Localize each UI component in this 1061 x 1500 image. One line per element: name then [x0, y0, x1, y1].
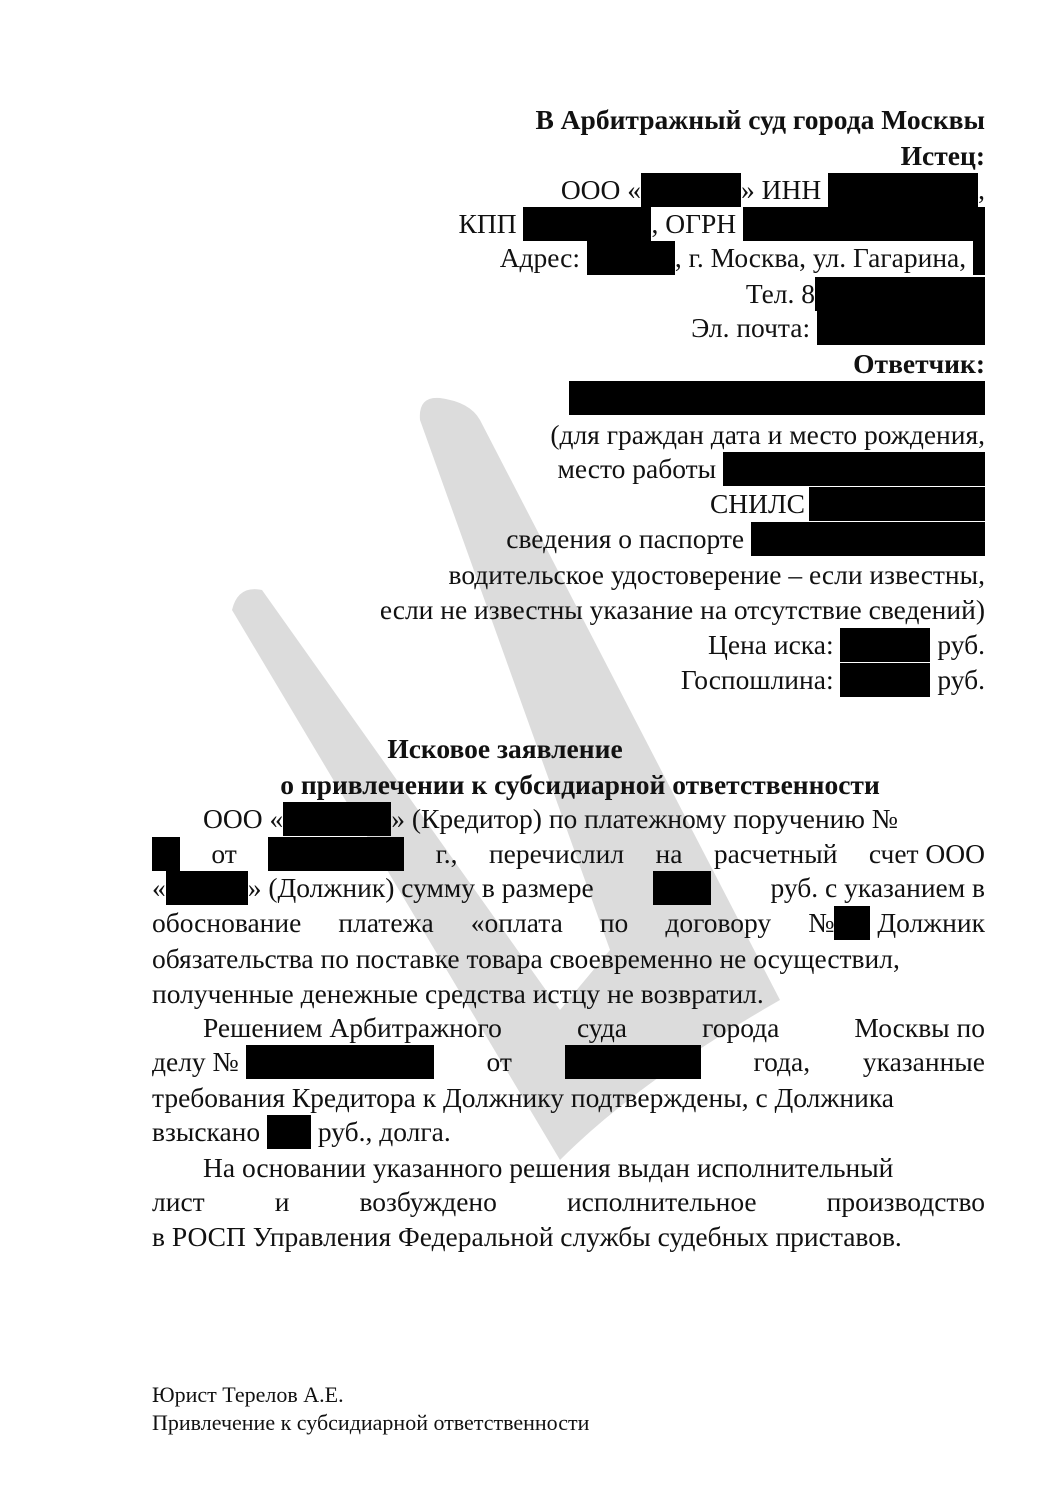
footer-author: Юрист Терелов А.Е.	[152, 1380, 344, 1410]
p1-line-6: полученные денежные средства истцу не во…	[152, 977, 764, 1011]
redaction-block	[828, 173, 978, 207]
redaction-block	[751, 522, 985, 556]
redaction-block	[569, 381, 985, 415]
redaction-block	[523, 207, 651, 241]
phone-label: Тел. 8	[746, 278, 815, 309]
ogrn-label: , ОГРН	[651, 208, 736, 239]
p3-line-1: На основании указанного решения выдан ис…	[203, 1151, 985, 1185]
snils-label: СНИЛС	[710, 488, 805, 519]
kpp-ogrn-line: КПП , ОГРН	[459, 207, 985, 241]
defendant-label: Ответчик:	[853, 347, 985, 381]
redaction-block	[152, 837, 180, 871]
address-line: Адрес: , г. Москва, ул. Гагарина,	[500, 241, 985, 275]
redaction-block	[817, 311, 985, 345]
defendant-note: (для граждан дата и место рождения,	[550, 418, 985, 452]
claim-price-line: Цена иска: руб.	[708, 628, 985, 662]
redaction-block	[283, 802, 391, 836]
defendant-name-line	[569, 381, 985, 415]
passport-line: сведения о паспорте	[506, 522, 985, 556]
email-line: Эл. почта:	[691, 311, 985, 345]
fee-label: Госпошлина:	[681, 664, 834, 695]
redaction-block	[166, 871, 248, 905]
p3-line-2: лист и возбуждено исполнительное произво…	[152, 1185, 985, 1219]
inn-label: » ИНН	[741, 174, 821, 205]
p3-line-3: в РОСП Управления Федеральной службы суд…	[152, 1220, 985, 1254]
p2-line-4: взыскано руб., долга.	[152, 1115, 451, 1149]
workplace-label: место работы	[558, 453, 717, 484]
snils-line: СНИЛС	[710, 487, 985, 521]
plaintiff-label: Истец:	[901, 139, 985, 173]
redaction-block	[815, 277, 985, 311]
p1-line-4: обоснование платежа «оплата по договору …	[152, 906, 985, 940]
redaction-block	[840, 663, 930, 697]
redaction-block	[743, 207, 985, 241]
redaction-block	[587, 241, 675, 275]
title-line-1: Исковое заявление	[170, 732, 840, 766]
kpp-label: КПП	[459, 208, 517, 239]
redaction-block	[973, 241, 985, 275]
redaction-block	[653, 871, 711, 905]
fee-line: Госпошлина: руб.	[681, 663, 985, 697]
absence-note: если не известны указание на отсутствие …	[380, 593, 985, 627]
email-label: Эл. почта:	[691, 312, 810, 343]
license-note: водительское удостоверение – если извест…	[449, 558, 985, 592]
redaction-block	[268, 837, 404, 871]
p1-line-5: обязательства по поставке товара своевре…	[152, 942, 985, 976]
claim-price-label: Цена иска:	[708, 629, 834, 660]
workplace-line: место работы	[558, 452, 985, 486]
p2-line-2: делу № от года, указанные	[152, 1045, 985, 1079]
redaction-block	[809, 487, 985, 521]
phone-line: Тел. 8	[746, 277, 985, 311]
p1-line-3: «» (Должник) сумму в размере руб. с указ…	[152, 871, 985, 905]
redaction-block	[641, 173, 741, 207]
redaction-block	[840, 628, 930, 662]
court-addressee: В Арбитражный суд города Москвы	[535, 103, 985, 137]
p2-line-3: требования Кредитора к Должнику подтверж…	[152, 1081, 985, 1115]
redaction-block	[723, 452, 985, 486]
p1-line-2: от г., перечислил на расчетный счет ООО	[152, 837, 985, 871]
footer-subject: Привлечение к субсидиарной ответственнос…	[152, 1408, 589, 1438]
plaintiff-org-line: ООО «» ИНН ,	[561, 173, 985, 207]
title-line-2: о привлечении к субсидиарной ответственн…	[190, 768, 970, 802]
p1-line-1: ООО «» (Кредитор) по платежному поручени…	[203, 802, 985, 836]
redaction-block	[246, 1045, 434, 1079]
org-prefix: ООО «	[561, 174, 641, 205]
p2-line-1: Решением Арбитражного суда города Москвы…	[203, 1011, 985, 1045]
address-label: Адрес:	[500, 242, 580, 273]
redaction-block	[267, 1115, 311, 1149]
redaction-block	[565, 1045, 701, 1079]
address-text: , г. Москва, ул. Гагарина,	[675, 242, 966, 273]
redaction-block	[834, 906, 870, 940]
document-page: В Арбитражный суд города Москвы Истец: О…	[0, 0, 1061, 1500]
passport-label: сведения о паспорте	[506, 523, 744, 554]
